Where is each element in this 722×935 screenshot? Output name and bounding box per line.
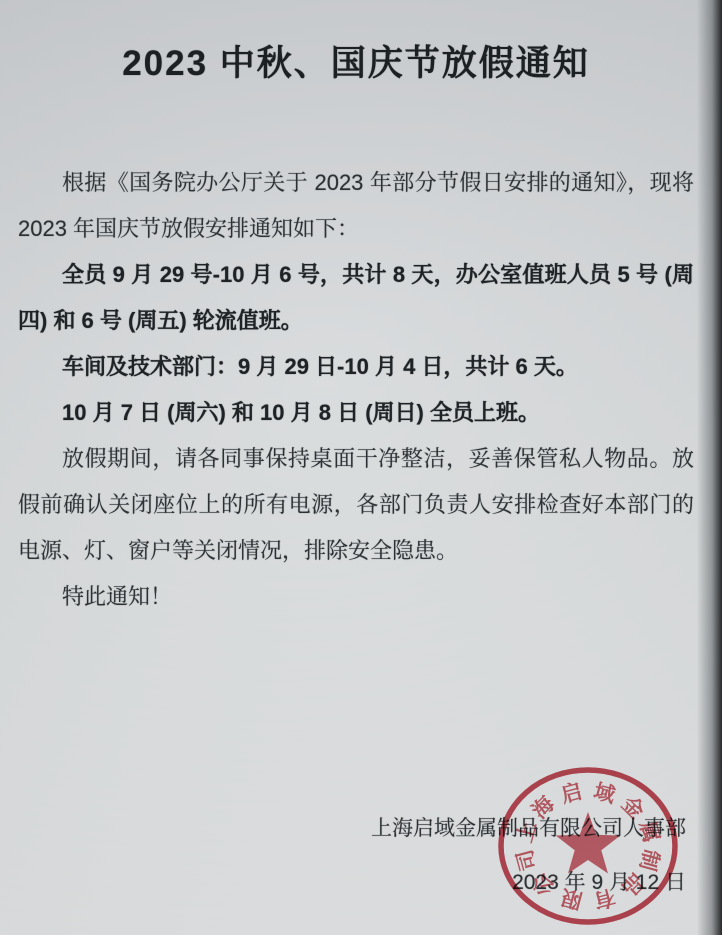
signature-block: 上海启域金属制品有限公司人事部 2023 年 9 月 12 日 bbox=[0, 806, 686, 906]
notice-body: 根据《国务院办公厅关于 2023 年部分节假日安排的通知》，现将 2023 年国… bbox=[18, 160, 694, 620]
paragraph-work-days: 10 月 7 日 (周六) 和 10 月 8 日 (周日) 全员上班。 bbox=[18, 390, 694, 436]
notice-date: 2023 年 9 月 12 日 bbox=[0, 860, 686, 906]
paragraph-workshop: 车间及技术部门：9 月 29 日-10 月 4 日，共计 6 天。 bbox=[18, 344, 694, 390]
paragraph-hereby-notice: 特此通知！ bbox=[18, 574, 694, 620]
notice-title: 2023 中秋、国庆节放假通知 bbox=[0, 36, 712, 86]
paragraph-basis: 根据《国务院办公厅关于 2023 年部分节假日安排的通知》，现将 2023 年国… bbox=[18, 160, 694, 252]
company-name: 上海启域金属制品有限公司人事部 bbox=[0, 806, 686, 852]
paragraph-all-staff: 全员 9 月 29 号-10 月 6 号，共计 8 天，办公室值班人员 5 号 … bbox=[18, 252, 694, 344]
paragraph-safety-notes: 放假期间，请各同事保持桌面干净整洁，妥善保管私人物品。放假前确认关闭座位上的所有… bbox=[18, 436, 694, 574]
